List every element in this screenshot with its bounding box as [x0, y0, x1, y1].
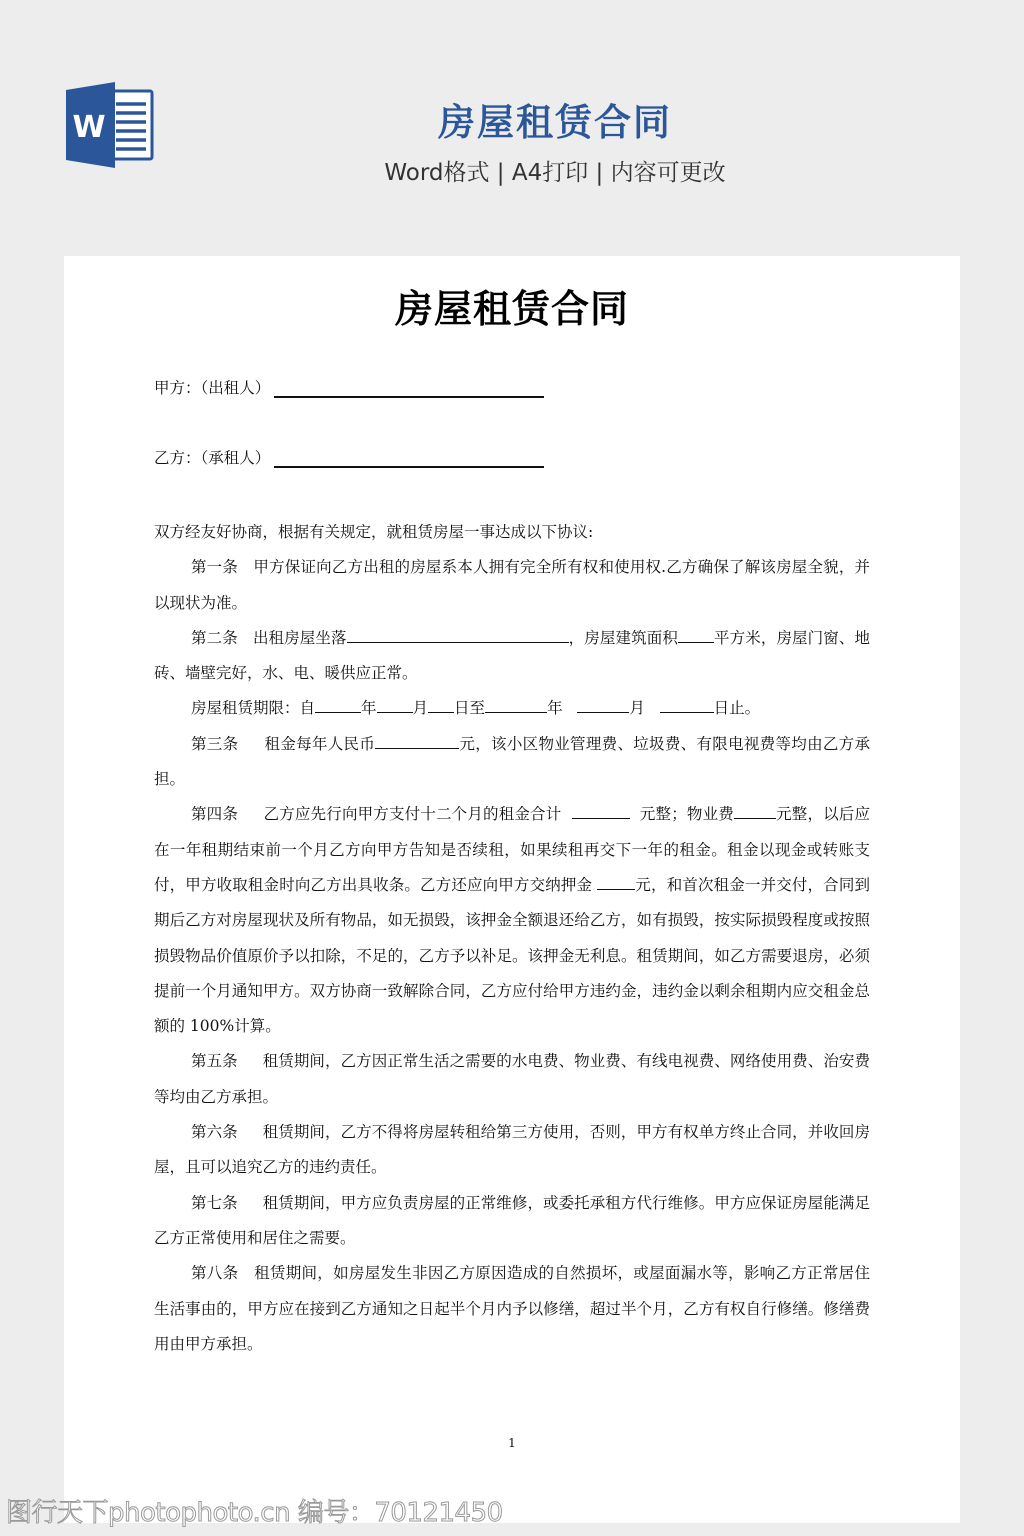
article-text: 租赁期间，如房屋发生非因乙方原因造成的自然损坏，或屋面漏水等，影响乙方正常居住生…	[154, 1264, 870, 1353]
party-a-line: 甲方：（出租人）	[154, 376, 544, 398]
document-page: 房屋租赁合同 甲方：（出租人） 乙方：（承租人） 双方经友好协商，根据有关规定，…	[64, 256, 960, 1523]
article-text: 元，该小区物业管理费、垃圾费、有限电视费等均由乙方承担。	[154, 735, 870, 788]
article-heading: 第四条	[191, 805, 238, 823]
article-7: 第七条 租赁期间，甲方应负责房屋的正常维修，或委托承租方代行维修。甲方应保证房屋…	[154, 1186, 870, 1257]
article-text: 租赁期间，乙方因正常生活之需要的水电费、物业费、有线电视费、网络使用费、治安费等…	[154, 1052, 870, 1105]
term-text: 日止。	[714, 699, 761, 717]
area-blank[interactable]	[678, 627, 714, 643]
term-label: 房屋租赁期限：自	[191, 699, 315, 717]
article-3: 第三条 租金每年人民币元，该小区物业管理费、垃圾费、有限电视费等均由乙方承担。	[154, 727, 870, 798]
location-blank[interactable]	[347, 627, 569, 643]
article-text: 元整；物业费	[640, 805, 734, 823]
svg-text:W: W	[72, 110, 105, 145]
term-text: 月	[629, 699, 645, 717]
banner-subtitle: Word格式 | A4打印 | 内容可更改	[360, 154, 750, 187]
article-text: 出租房屋坐落	[253, 629, 347, 647]
start-year-blank[interactable]	[315, 697, 361, 713]
document-title: 房屋租赁合同	[64, 278, 960, 333]
article-heading: 第一条	[191, 558, 238, 576]
article-text: 甲方保证向乙方出租的房屋系本人拥有完全所有权和使用权.乙方确保了解该房屋全貌，并…	[154, 558, 870, 611]
term-text: 年	[547, 699, 563, 717]
lease-term: 房屋租赁期限：自年月日至年 月 日止。	[154, 691, 870, 726]
article-heading: 第七条	[191, 1194, 238, 1212]
banner-title: 房屋租赁合同	[360, 92, 750, 146]
term-text: 月	[413, 699, 429, 717]
article-heading: 第二条	[191, 629, 238, 647]
article-2: 第二条 出租房屋坐落，房屋建筑面积平方米，房屋门窗、地砖、墙壁完好，水、电、暖供…	[154, 621, 870, 692]
party-b-label: 乙方：（承租人）	[154, 446, 270, 468]
contract-body: 双方经友好协商，根据有关规定，就租赁房屋一事达成以下协议: 第一条 甲方保证向乙…	[154, 515, 870, 1362]
term-text: 日至	[454, 699, 485, 717]
property-fee-blank[interactable]	[734, 803, 776, 819]
article-heading: 第五条	[191, 1052, 238, 1070]
party-a-blank[interactable]	[274, 384, 544, 398]
annual-rent-blank[interactable]	[375, 733, 459, 749]
header-banner: W 房屋租赁合同 Word格式 | A4打印 | 内容可更改	[0, 0, 1024, 256]
article-text: 租金每年人民币	[265, 735, 376, 753]
end-day-blank[interactable]	[660, 697, 714, 713]
article-text: 租赁期间，乙方不得将房屋转租给第三方使用，否则，甲方有权单方终止合同，并收回房屋…	[154, 1123, 870, 1176]
article-text: 元，和首次租金一并交付，合同到期后乙方对房屋现状及所有物品，如无损毁，该押金全额…	[154, 876, 870, 1035]
article-text: 乙方应先行向甲方支付十二个月的租金合计	[264, 805, 562, 823]
term-text: 年	[361, 699, 377, 717]
article-6: 第六条 租赁期间，乙方不得将房屋转租给第三方使用，否则，甲方有权单方终止合同，并…	[154, 1115, 870, 1186]
article-8: 第八条 租赁期间，如房屋发生非因乙方原因造成的自然损坏，或屋面漏水等，影响乙方正…	[154, 1256, 870, 1362]
article-text: 租赁期间，甲方应负责房屋的正常维修，或委托承租方代行维修。甲方应保证房屋能满足乙…	[154, 1194, 870, 1247]
article-4: 第四条 乙方应先行向甲方支付十二个月的租金合计 元整；物业费元整，以后应在一年租…	[154, 797, 870, 1044]
intro-paragraph: 双方经友好协商，根据有关规定，就租赁房屋一事达成以下协议:	[154, 515, 870, 550]
end-month-blank[interactable]	[577, 697, 629, 713]
end-year-blank[interactable]	[485, 697, 547, 713]
total-rent-blank[interactable]	[572, 803, 630, 819]
party-a-label: 甲方：（出租人）	[154, 376, 270, 398]
page-number: 1	[64, 1436, 960, 1450]
article-heading: 第六条	[191, 1123, 238, 1141]
deposit-blank[interactable]	[597, 874, 635, 890]
article-text: ，房屋建筑面积	[569, 629, 678, 647]
word-icon: W	[64, 82, 156, 168]
article-1: 第一条 甲方保证向乙方出租的房屋系本人拥有完全所有权和使用权.乙方确保了解该房屋…	[154, 550, 870, 621]
article-5: 第五条 租赁期间，乙方因正常生活之需要的水电费、物业费、有线电视费、网络使用费、…	[154, 1044, 870, 1115]
party-b-blank[interactable]	[274, 454, 544, 468]
article-heading: 第三条	[191, 735, 238, 753]
start-month-blank[interactable]	[377, 697, 413, 713]
start-day-blank[interactable]	[428, 697, 454, 713]
watermark: 图行天下photophoto.cn 编号：70121450	[6, 1492, 503, 1529]
article-heading: 第八条	[191, 1264, 238, 1282]
party-b-line: 乙方：（承租人）	[154, 446, 544, 468]
